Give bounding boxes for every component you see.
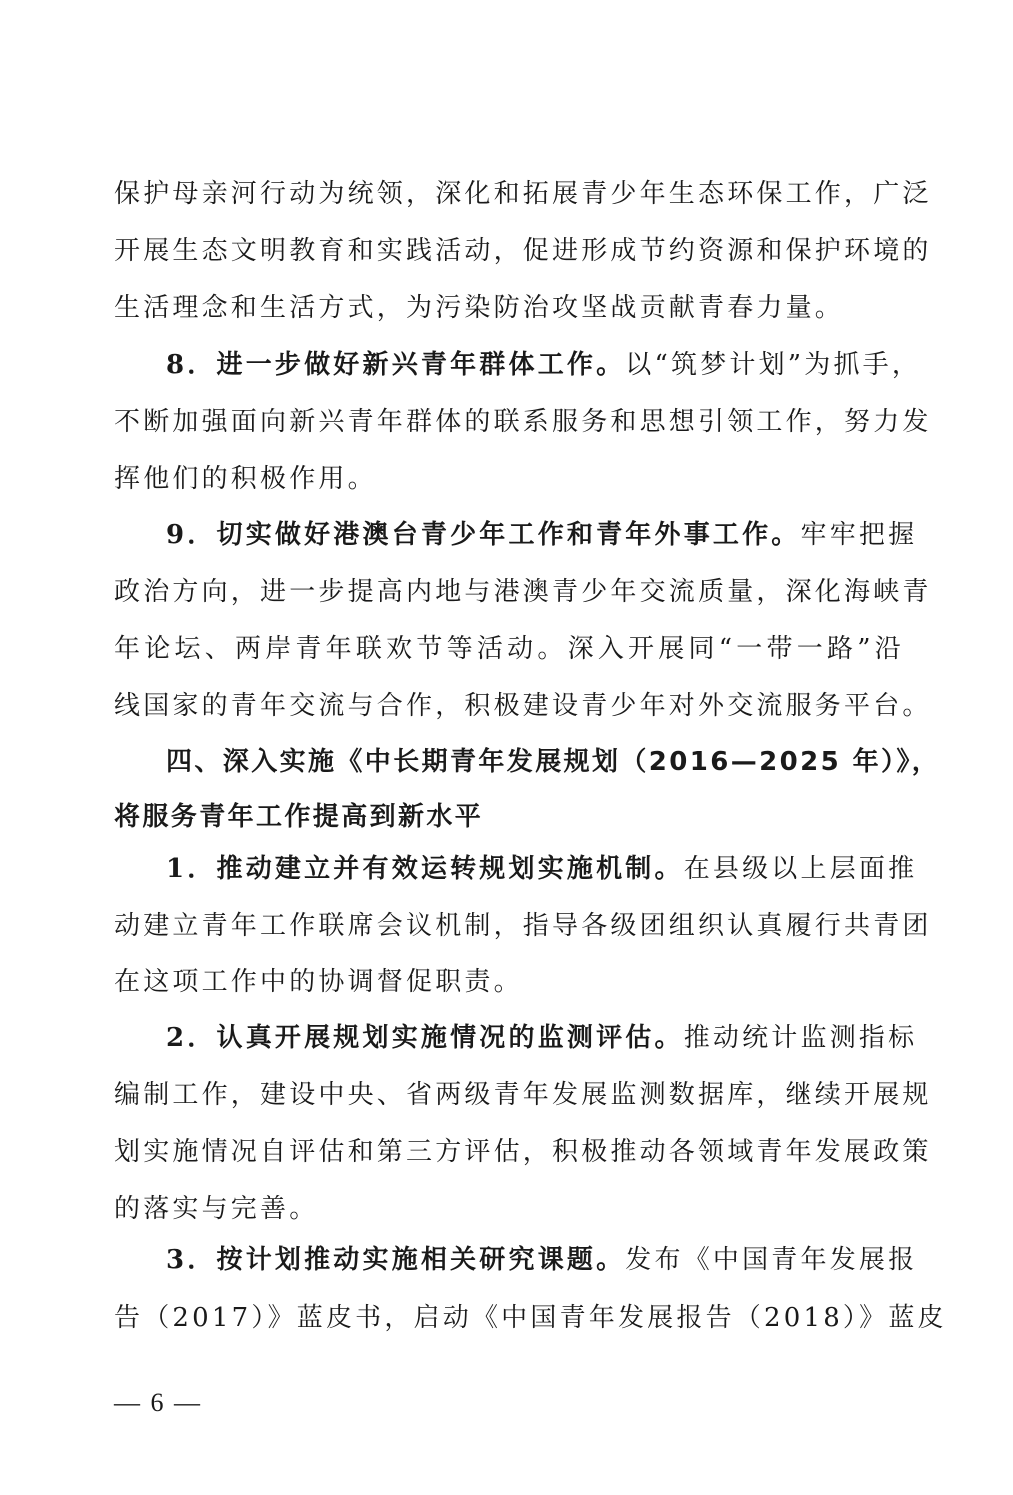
paragraph-line: 动建立青年工作联席会议机制，指导各级团组织认真履行共青团 xyxy=(114,909,904,943)
item-8-text: 以“筑梦计划”为抓手， xyxy=(625,350,921,380)
item-3-first-line: 3．按计划推动实施相关研究课题。发布《中国青年发展报 xyxy=(166,1243,904,1277)
item-8-first-line: 8．进一步做好新兴青年群体工作。以“筑梦计划”为抓手， xyxy=(166,348,904,382)
paragraph-line: 的落实与完善。 xyxy=(114,1192,904,1226)
item-1-first-line: 1．推动建立并有效运转规划实施机制。在县级以上层面推 xyxy=(166,852,904,886)
document-page: 保护母亲河行动为统领，深化和拓展青少年生态环保工作，广泛 开展生态文明教育和实践… xyxy=(0,0,1013,1495)
paragraph-line: 告（2017）》蓝皮书，启动《中国青年发展报告（2018）》蓝皮 xyxy=(114,1301,904,1335)
page-number: — 6 — xyxy=(114,1386,202,1420)
item-9-text: 牢牢把握 xyxy=(801,520,918,550)
item-2-title: 2．认真开展规划实施情况的监测评估。 xyxy=(166,1023,684,1053)
item-1-text: 在县级以上层面推 xyxy=(684,854,918,884)
paragraph-line: 编制工作，建设中央、省两级青年发展监测数据库，继续开展规 xyxy=(114,1078,904,1112)
item-9-title: 9．切实做好港澳台青少年工作和青年外事工作。 xyxy=(166,520,801,550)
item-2-first-line: 2．认真开展规划实施情况的监测评估。推动统计监测指标 xyxy=(166,1021,904,1055)
paragraph-line: 划实施情况自评估和第三方评估，积极推动各领域青年发展政策 xyxy=(114,1135,904,1169)
section-heading-line1: 四、深入实施《中长期青年发展规划（2016—2025 年）》， xyxy=(166,745,904,779)
paragraph-line: 保护母亲河行动为统领，深化和拓展青少年生态环保工作，广泛 xyxy=(114,177,904,211)
item-2-text: 推动统计监测指标 xyxy=(684,1023,918,1053)
section-heading-line2: 将服务青年工作提高到新水平 xyxy=(114,800,904,834)
item-3-text: 发布《中国青年发展报 xyxy=(625,1245,917,1275)
paragraph-line: 在这项工作中的协调督促职责。 xyxy=(114,965,904,999)
paragraph-line: 线国家的青年交流与合作，积极建设青少年对外交流服务平台。 xyxy=(114,689,904,723)
paragraph-line: 年论坛、两岸青年联欢节等活动。深入开展同“一带一路”沿 xyxy=(114,632,904,666)
paragraph-line: 开展生态文明教育和实践活动，促进形成节约资源和保护环境的 xyxy=(114,234,904,268)
paragraph-line: 生活理念和生活方式，为污染防治攻坚战贡献青春力量。 xyxy=(114,291,904,325)
item-1-title: 1．推动建立并有效运转规划实施机制。 xyxy=(166,854,684,884)
item-9-first-line: 9．切实做好港澳台青少年工作和青年外事工作。牢牢把握 xyxy=(166,518,904,552)
item-8-title: 8．进一步做好新兴青年群体工作。 xyxy=(166,350,625,380)
paragraph-line: 不断加强面向新兴青年群体的联系服务和思想引领工作，努力发 xyxy=(114,405,904,439)
paragraph-line: 政治方向，进一步提高内地与港澳青少年交流质量，深化海峡青 xyxy=(114,575,904,609)
paragraph-line: 挥他们的积极作用。 xyxy=(114,462,904,496)
item-3-title: 3．按计划推动实施相关研究课题。 xyxy=(166,1245,625,1275)
